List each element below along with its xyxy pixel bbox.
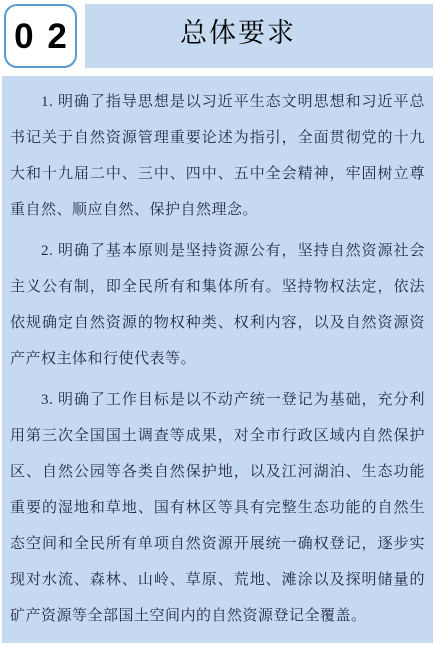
body-paragraph-3: 3. 明确了工作目标是以不动产统一登记为基础，充分利用第三次全国国土调查等成果，…: [10, 382, 425, 634]
slide: 0 2 总体要求 1. 明确了指导思想是以习近平生态文明思想和习近平总书记关于自…: [0, 0, 435, 645]
content-panel: 1. 明确了指导思想是以习近平生态文明思想和习近平总书记关于自然资源管理重要论述…: [2, 76, 433, 643]
section-number-box: 0 2: [4, 4, 77, 68]
body-paragraph-1: 1. 明确了指导思想是以习近平生态文明思想和习近平总书记关于自然资源管理重要论述…: [10, 84, 425, 228]
section-number-label: 0 2: [12, 19, 69, 54]
page-title: 总体要求: [180, 11, 296, 50]
title-banner: 总体要求: [85, 4, 433, 68]
body-paragraph-2: 2. 明确了基本原则是坚持资源公有，坚持自然资源社会主义公有制，即全民所有和集体…: [10, 233, 425, 377]
